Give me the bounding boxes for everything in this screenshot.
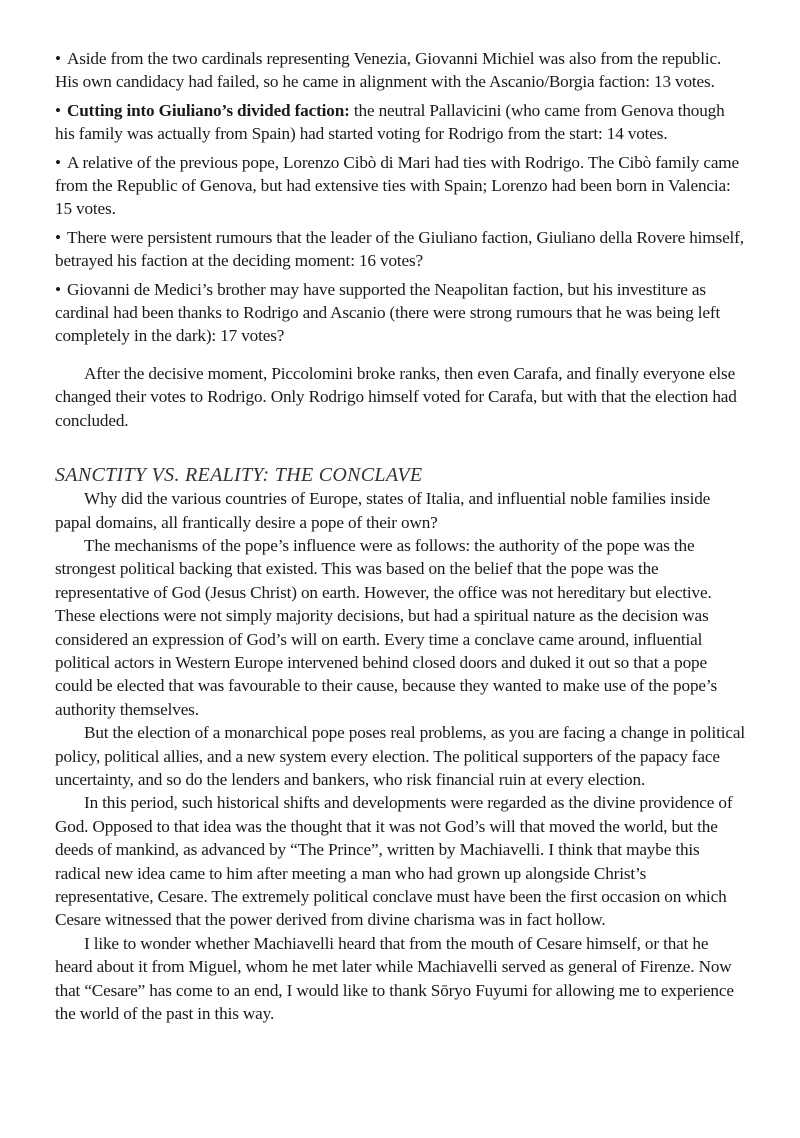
bullet-icon: • [55, 99, 67, 122]
bullet-icon: • [55, 278, 67, 301]
vote-list-item-16: •There were persistent rumours that the … [55, 226, 745, 273]
body-paragraph: Why did the various countries of Europe,… [55, 487, 745, 534]
bullet-icon: • [55, 47, 67, 70]
vote-list-item-15: •A relative of the previous pope, Lorenz… [55, 151, 745, 221]
section-heading: Sanctity vs. Reality: The Conclave [55, 463, 745, 487]
bullet-text: There were persistent rumours that the l… [55, 228, 744, 270]
body-paragraph: The mechanisms of the pope’s influence w… [55, 534, 745, 721]
conclusion-paragraph: After the decisive moment, Piccolomini b… [55, 362, 745, 432]
body-paragraph: I like to wonder whether Machiavelli hea… [55, 932, 745, 1026]
body-paragraph: In this period, such historical shifts a… [55, 791, 745, 931]
vote-list-item-14: •Cutting into Giuliano’s divided faction… [55, 99, 745, 146]
document-page: •Aside from the two cardinals representi… [55, 47, 745, 1025]
bullet-icon: • [55, 226, 67, 249]
bullet-text: Aside from the two cardinals representin… [55, 49, 721, 91]
vote-list-item-17: •Giovanni de Medici’s brother may have s… [55, 278, 745, 348]
body-paragraph: But the election of a monarchical pope p… [55, 721, 745, 791]
vote-list-item-13: •Aside from the two cardinals representi… [55, 47, 745, 94]
bullet-text: A relative of the previous pope, Lorenzo… [55, 153, 739, 219]
bullet-lead: Cutting into Giuliano’s divided faction: [67, 101, 350, 120]
bullet-icon: • [55, 151, 67, 174]
bullet-text: Giovanni de Medici’s brother may have su… [55, 280, 720, 346]
